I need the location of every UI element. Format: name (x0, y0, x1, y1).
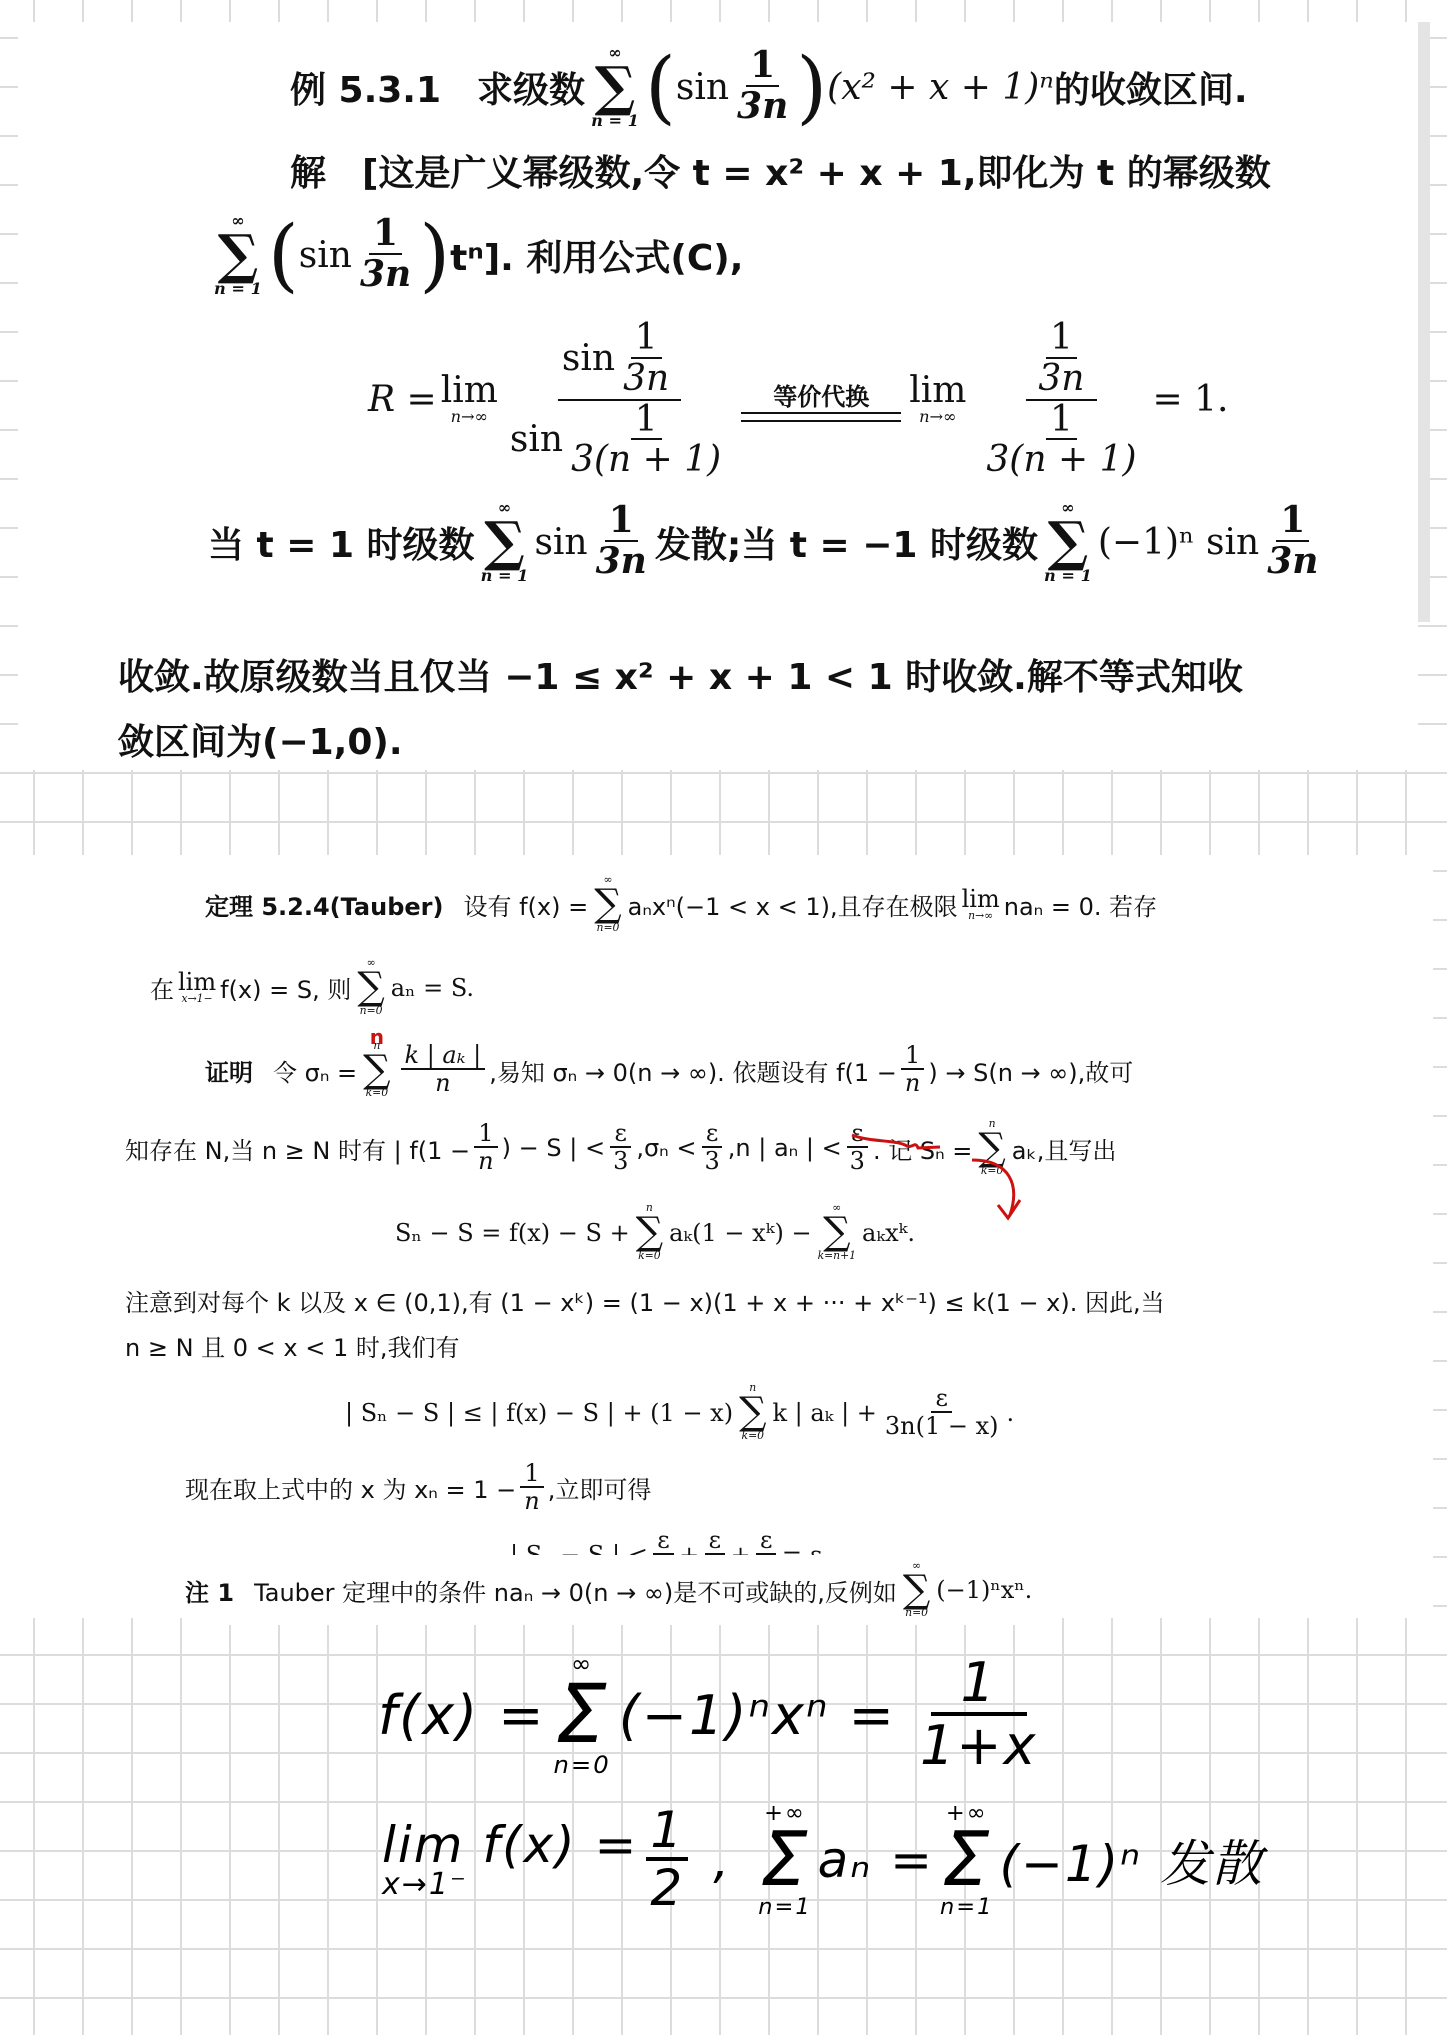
solution-label: 解 (290, 145, 326, 196)
solution-text-2: tⁿ]. 利用公式(C), (450, 230, 743, 281)
theorem-label: 定理 5.2.4(Tauber) (205, 887, 443, 922)
remark-line: 注 1 Tauber 定理中的条件 naₙ → 0(n → ∞)是不可或缺的,反… (185, 1555, 1042, 1625)
power-expression: (x² + x + 1)ⁿ (827, 67, 1054, 108)
radius-equation: R = limn→∞ sin 13n sin 13(n + 1) 等价代换 li… (368, 312, 1229, 487)
sum-symbol: ∞∑n = 1 (214, 213, 262, 297)
example-label: 例 5.3.1 (290, 62, 441, 113)
example-statement: 例 5.3.1 求级数 ∞∑n = 1 ( sin 13n ) (x² + x … (290, 32, 1248, 142)
red-handwritten-n: n (370, 1027, 384, 1047)
theorem-line-1: 定理 5.2.4(Tauber) 设有 f(x) = ∞∑n=0 aₙxⁿ(−1… (205, 867, 1157, 942)
proof-label: 证明 (205, 1053, 253, 1088)
note-line-2: n ≥ N 且 0 < x < 1 时,我们有 (125, 1325, 460, 1365)
result: = 1. (1153, 379, 1229, 420)
handwritten-line-1: f(x) = ∞Σn=0 (−1)ⁿxⁿ = 11+x (378, 1660, 1046, 1770)
handwritten-notes: f(x) = ∞Σn=0 (−1)ⁿxⁿ = 11+x lim f(x) =x→… (0, 1620, 1447, 2035)
remark-label: 注 1 (185, 1573, 234, 1608)
theorem-line-2: 在 limx→1− f(x) = S, 则 ∞∑n=0 aₙ = S. (150, 950, 474, 1025)
conclusion-line-2: 敛区间为(−1,0). (118, 712, 403, 767)
proof-line-2: 知存在 N,当 n ≥ N 时有 | f(1 − 1n ) − S | < ε3… (125, 1113, 1116, 1183)
handwritten-line-2: lim f(x) =x→1⁻ 12 , +∞Σn=1 aₙ = +∞Σn=1 (… (378, 1790, 1264, 1930)
conclusion-line-1: 收敛.故原级数当且仅当 −1 ≤ x² + x + 1 < 1 时收敛.解不等式… (118, 647, 1243, 702)
sin-term: sin (676, 67, 729, 108)
sum-symbol: ∞∑n = 1 (591, 45, 639, 129)
example-prompt: 求级数 (477, 62, 585, 113)
note-line-1: 注意到对每个 k 以及 x ∈ (0,1),有 (1 − xᵏ) = (1 − … (125, 1280, 1165, 1320)
solution-text: [这是广义幂级数,令 t = x² + x + 1,即化为 t 的幂级数 (362, 145, 1271, 196)
R-lhs: R = (368, 379, 437, 420)
solution-line-2: ∞∑n = 1 ( sin 13n ) tⁿ]. 利用公式(C), (208, 200, 743, 310)
proof-line-1: 证明 令 σₙ = n∑k=0 n k | aₖ |n ,易知 σₙ → 0(n… (205, 1030, 1133, 1110)
ratio-fraction: sin 13n sin 13(n + 1) (506, 319, 733, 480)
scan-edge-strip (1418, 22, 1430, 622)
equation-sn-minus-s: Sₙ − S = f(x) − S + n∑k=0 aₖ(1 − xᵏ) − ∞… (395, 1190, 915, 1275)
fraction: 13n (733, 47, 792, 126)
equation-inequality: | Sₙ − S | ≤ | f(x) − S | + (1 − x) n∑k=… (345, 1370, 1014, 1455)
textbook-scan-example-5-3-1: 例 5.3.1 求级数 ∞∑n = 1 ( sin 13n ) (x² + x … (18, 22, 1418, 770)
textbook-scan-tauber-theorem: 定理 5.2.4(Tauber) 设有 f(x) = ∞∑n=0 aₙxⁿ(−1… (0, 855, 1433, 1618)
equivalent-substitution-label: 等价代换 (741, 377, 901, 422)
example-suffix: 的收敛区间. (1054, 62, 1248, 113)
take-xn-line: 现在取上式中的 x 为 xₙ = 1 − 1n ,立即可得 (185, 1455, 651, 1520)
solution-line-1: 解 [这是广义幂级数,令 t = x² + x + 1,即化为 t 的幂级数 (290, 140, 1271, 200)
endpoint-cases: 当 t = 1 时级数 ∞∑n = 1 sin 13n 发散;当 t = −1 … (208, 482, 1326, 602)
ratio-fraction-simplified: 13n 13(n + 1) (974, 319, 1148, 480)
case-t-minus-1: 发散;当 t = −1 时级数 (655, 517, 1038, 568)
case-t-1: 当 t = 1 时级数 (208, 517, 475, 568)
limit: limn→∞ (909, 373, 966, 425)
limit: limn→∞ (441, 373, 498, 425)
